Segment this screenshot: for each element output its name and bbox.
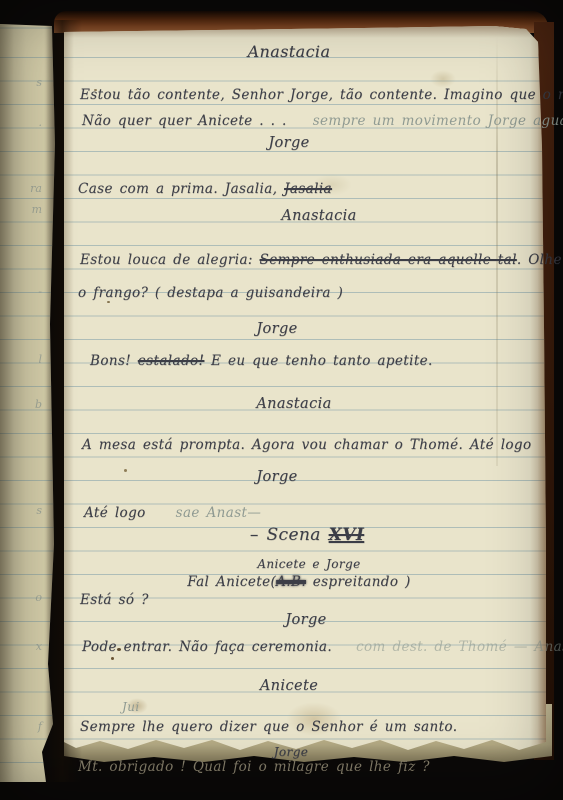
paper-stain — [126, 698, 148, 714]
paper-speck — [94, 89, 97, 91]
manuscript-line: Mt. obrigado ! Qual foi o milagre que lh… — [78, 759, 430, 775]
paper-speck — [124, 469, 127, 472]
paper-speck — [111, 657, 114, 660]
paper-speck — [117, 648, 121, 651]
notebook-page — [64, 26, 546, 768]
page-worn-edge-left — [64, 26, 74, 768]
page-crease — [496, 36, 498, 466]
paper-stain — [430, 70, 456, 88]
ink-text: Mt. obrigado ! Qual foi o milagre que lh… — [78, 759, 430, 775]
manuscript-photo: AnastaciaEstou tão contente, Senhor Jorg… — [0, 0, 563, 800]
paper-speck — [107, 301, 110, 303]
paper-stain — [286, 702, 342, 736]
paper-stain — [312, 174, 352, 196]
